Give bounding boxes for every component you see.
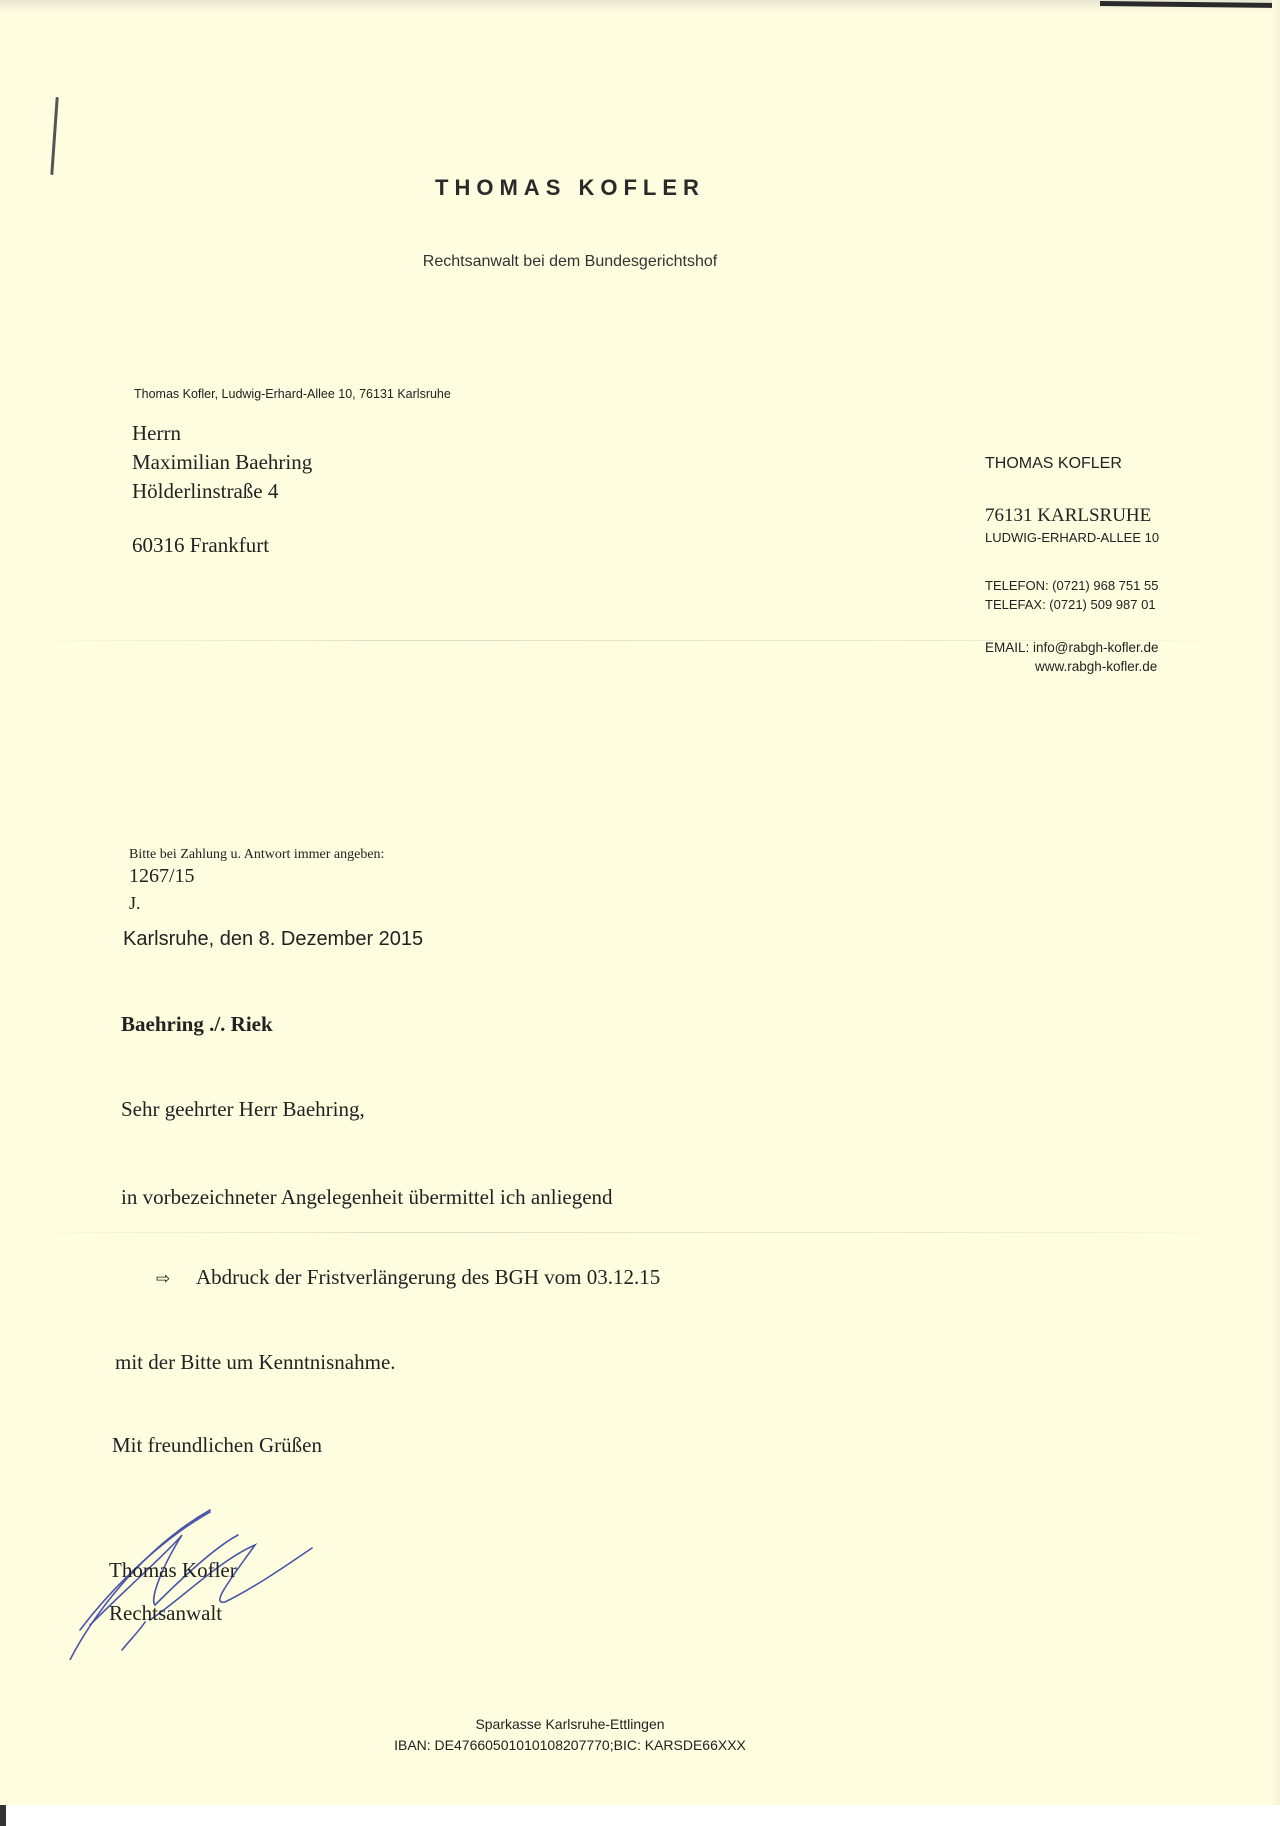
recipient-city: 60316 Frankfurt	[132, 531, 312, 560]
contact-street: LUDWIG-ERHARD-ALLEE 10	[985, 530, 1159, 545]
enclosure-item: ⇨Abdruck der Fristverlängerung des BGH v…	[156, 1265, 660, 1290]
letterhead-name: THOMAS KOFLER	[0, 175, 1140, 201]
punch-mark	[50, 97, 58, 175]
recipient-name: Maximilian Baehring	[132, 448, 312, 477]
contact-fax: TELEFAX: (0721) 509 987 01	[985, 597, 1156, 612]
letter-intro: in vorbezeichneter Angelegenheit übermit…	[121, 1185, 613, 1210]
letter-subject: Baehring ./. Riek	[121, 1012, 273, 1037]
recipient-address: Herrn Maximilian Baehring Hölderlinstraß…	[132, 419, 312, 560]
scan-edge-bottom	[0, 1805, 1280, 1826]
letter-salutation: Sehr geehrter Herr Baehring,	[121, 1097, 365, 1122]
reference-initial: J.	[129, 893, 141, 914]
date-line: Karlsruhe, den 8. Dezember 2015	[123, 928, 423, 951]
contact-website: www.rabgh-kofler.de	[1035, 659, 1157, 674]
scan-edge-top	[0, 0, 1280, 12]
contact-email: EMAIL: info@rabgh-kofler.de	[985, 640, 1159, 655]
footer-bank-name: Sparkasse Karlsruhe-Ettlingen	[0, 1716, 1140, 1732]
recipient-salutation: Herrn	[132, 419, 312, 448]
reference-number: 1267/15	[129, 865, 195, 888]
signature-title: Rechtsanwalt	[109, 1601, 222, 1626]
sender-return-address: Thomas Kofler, Ludwig-Erhard-Allee 10, 7…	[134, 387, 451, 401]
enclosure-text: Abdruck der Fristverlängerung des BGH vo…	[196, 1265, 660, 1289]
contact-name: THOMAS KOFLER	[985, 455, 1122, 473]
signature-name: Thomas Kofler	[109, 1558, 237, 1583]
scan-edge-right	[1272, 0, 1280, 1826]
footer-bank-details: IBAN: DE47660501010108207770;BIC: KARSDE…	[0, 1737, 1140, 1753]
letter-closing: mit der Bitte um Kenntnisnahme.	[115, 1350, 396, 1375]
contact-city: 76131 KARLSRUHE	[985, 505, 1151, 527]
letterhead-title: Rechtsanwalt bei dem Bundesgerichtshof	[0, 253, 1140, 271]
reference-label: Bitte bei Zahlung u. Antwort immer angeb…	[129, 847, 384, 863]
recipient-street: Hölderlinstraße 4	[132, 477, 312, 506]
contact-phone: TELEFON: (0721) 968 751 55	[985, 578, 1158, 593]
letter-greeting: Mit freundlichen Grüßen	[112, 1433, 322, 1458]
scan-edge-corner	[0, 1805, 6, 1826]
fold-line	[0, 1232, 1280, 1233]
right-arrow-outline-icon: ⇨	[156, 1269, 196, 1289]
